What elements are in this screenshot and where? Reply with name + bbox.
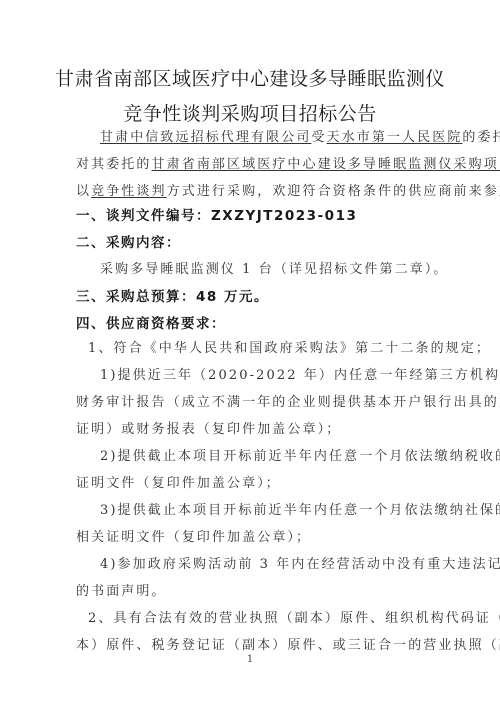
- requirement-1-2-line-1: 2)提供截止本项目开标前近半年内任意一个月依法缴纳税收的: [100, 445, 500, 464]
- requirement-1-1-line-1: 1)提供近三年（2020-2022 年）内任意一年经第三方机构审计的: [100, 364, 500, 383]
- document-page: 甘肃省南部区域医疗中心建设多导睡眠监测仪 竞争性谈判采购项目招标公告 甘肃中信致…: [0, 0, 500, 706]
- intro-line-3: 以竞争性谈判方式进行采购，欢迎符合资格条件的供应商前来参加。: [76, 180, 500, 199]
- section-2-heading: 二、采购内容：: [76, 231, 181, 251]
- intro-text: 受: [311, 130, 326, 145]
- intro-text: 的委托，: [462, 130, 500, 145]
- client-name: 天水市第一人民医院: [327, 130, 463, 145]
- project-name: 甘肃省南部区域医疗中心建设多导睡眠监测仪采购项目: [152, 157, 500, 172]
- intro-text: 方式进行采购，欢迎符合资格条件的供应商前来参加。: [167, 184, 500, 199]
- intro-line-2: 对其委托的甘肃省南部区域医疗中心建设多导睡眠监测仪采购项目: [76, 153, 500, 172]
- requirement-1-4-line-2: 的书面声明。: [76, 580, 167, 599]
- title-line-2: 竞争性谈判采购项目招标公告: [0, 99, 500, 126]
- requirement-2-line-1: 2、具有合法有效的营业执照（副本）原件、组织机构代码证（副: [88, 607, 500, 626]
- agency-name: 甘肃中信致远招标代理有限公司: [100, 130, 311, 145]
- section-1-heading: 一、谈判文件编号：ZXZYJT2023-013: [76, 204, 357, 224]
- requirement-2-line-2: 本）原件、税务登记证（副本）原件、或三证合一的营业执照（副本）: [76, 634, 500, 653]
- requirement-1-3-line-1: 3)提供截止本项目开标前近半年内任意一个月依法缴纳社保的: [100, 499, 500, 518]
- section-3-heading: 三、采购总预算：48 万元。: [76, 285, 269, 305]
- page-number: 1: [0, 654, 500, 665]
- intro-text: 对其委托的: [76, 157, 152, 172]
- section-4-heading: 四、供应商资格要求：: [76, 312, 226, 332]
- intro-line-1: 甘肃中信致远招标代理有限公司受天水市第一人民医院的委托，: [100, 126, 500, 145]
- requirement-1-2-line-2: 证明文件（复印件加盖公章）；: [76, 472, 281, 491]
- requirement-1-1-line-2: 财务审计报告（成立不满一年的企业则提供基本开户银行出具的资信: [76, 391, 500, 410]
- requirement-1-3-line-2: 相关证明文件（复印件加盖公章）；: [76, 526, 311, 545]
- requirement-1-1-line-3: 证明）或财务报表（复印件加盖公章）；: [76, 418, 341, 437]
- title-line-1: 甘肃省南部区域医疗中心建设多导睡眠监测仪: [0, 64, 500, 91]
- procurement-method: 竞争性谈判: [91, 184, 167, 199]
- intro-text: 以: [76, 184, 91, 199]
- section-2-body: 采购多导睡眠监测仪 1 台（详见招标文件第二章）。: [100, 258, 449, 277]
- requirement-1: 1、符合《中华人民共和国政府采购法》第二十二条的规定；: [88, 337, 491, 356]
- requirement-1-4-line-1: 4)参加政府采购活动前 3 年内在经营活动中没有重大违法记录: [100, 553, 500, 572]
